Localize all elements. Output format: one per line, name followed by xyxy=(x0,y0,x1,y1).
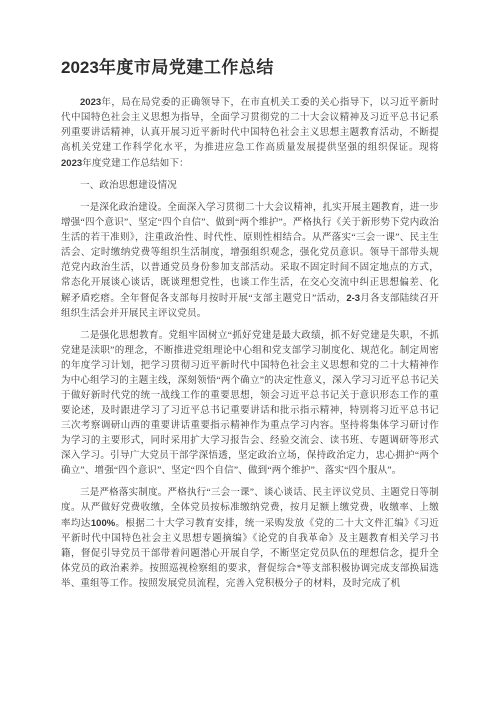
paragraph-intro: 2023年，局在局党委的正确领导下，在市直机关工委的关心指导下，以习近平新时代中… xyxy=(61,95,439,172)
document-page: 2023年度市局党建工作总结 2023年，局在局党委的正确领导下，在市直机关工委… xyxy=(0,0,500,707)
paragraph-point-three-implement-systems: 三是严格落实制度。严格执行“三会一课”、谈心谈话、民主评议党员、主题党日等制度。… xyxy=(61,486,439,592)
document-title: 2023年度市局党建工作总结 xyxy=(61,56,439,80)
paragraph-point-two-ideological-education: 二是强化思想教育。党组牢固树立“抓好党建是最大政绩，抓不好党建是失职，不抓党建是… xyxy=(61,329,439,479)
paragraph-point-one-political-construction: 一是深化政治建设。全面深入学习贯彻二十大会议精神，扎实开展主题教育，进一步增强“… xyxy=(61,201,439,322)
section-heading-political-ideology: 一、政治思想建设情况 xyxy=(61,179,439,194)
